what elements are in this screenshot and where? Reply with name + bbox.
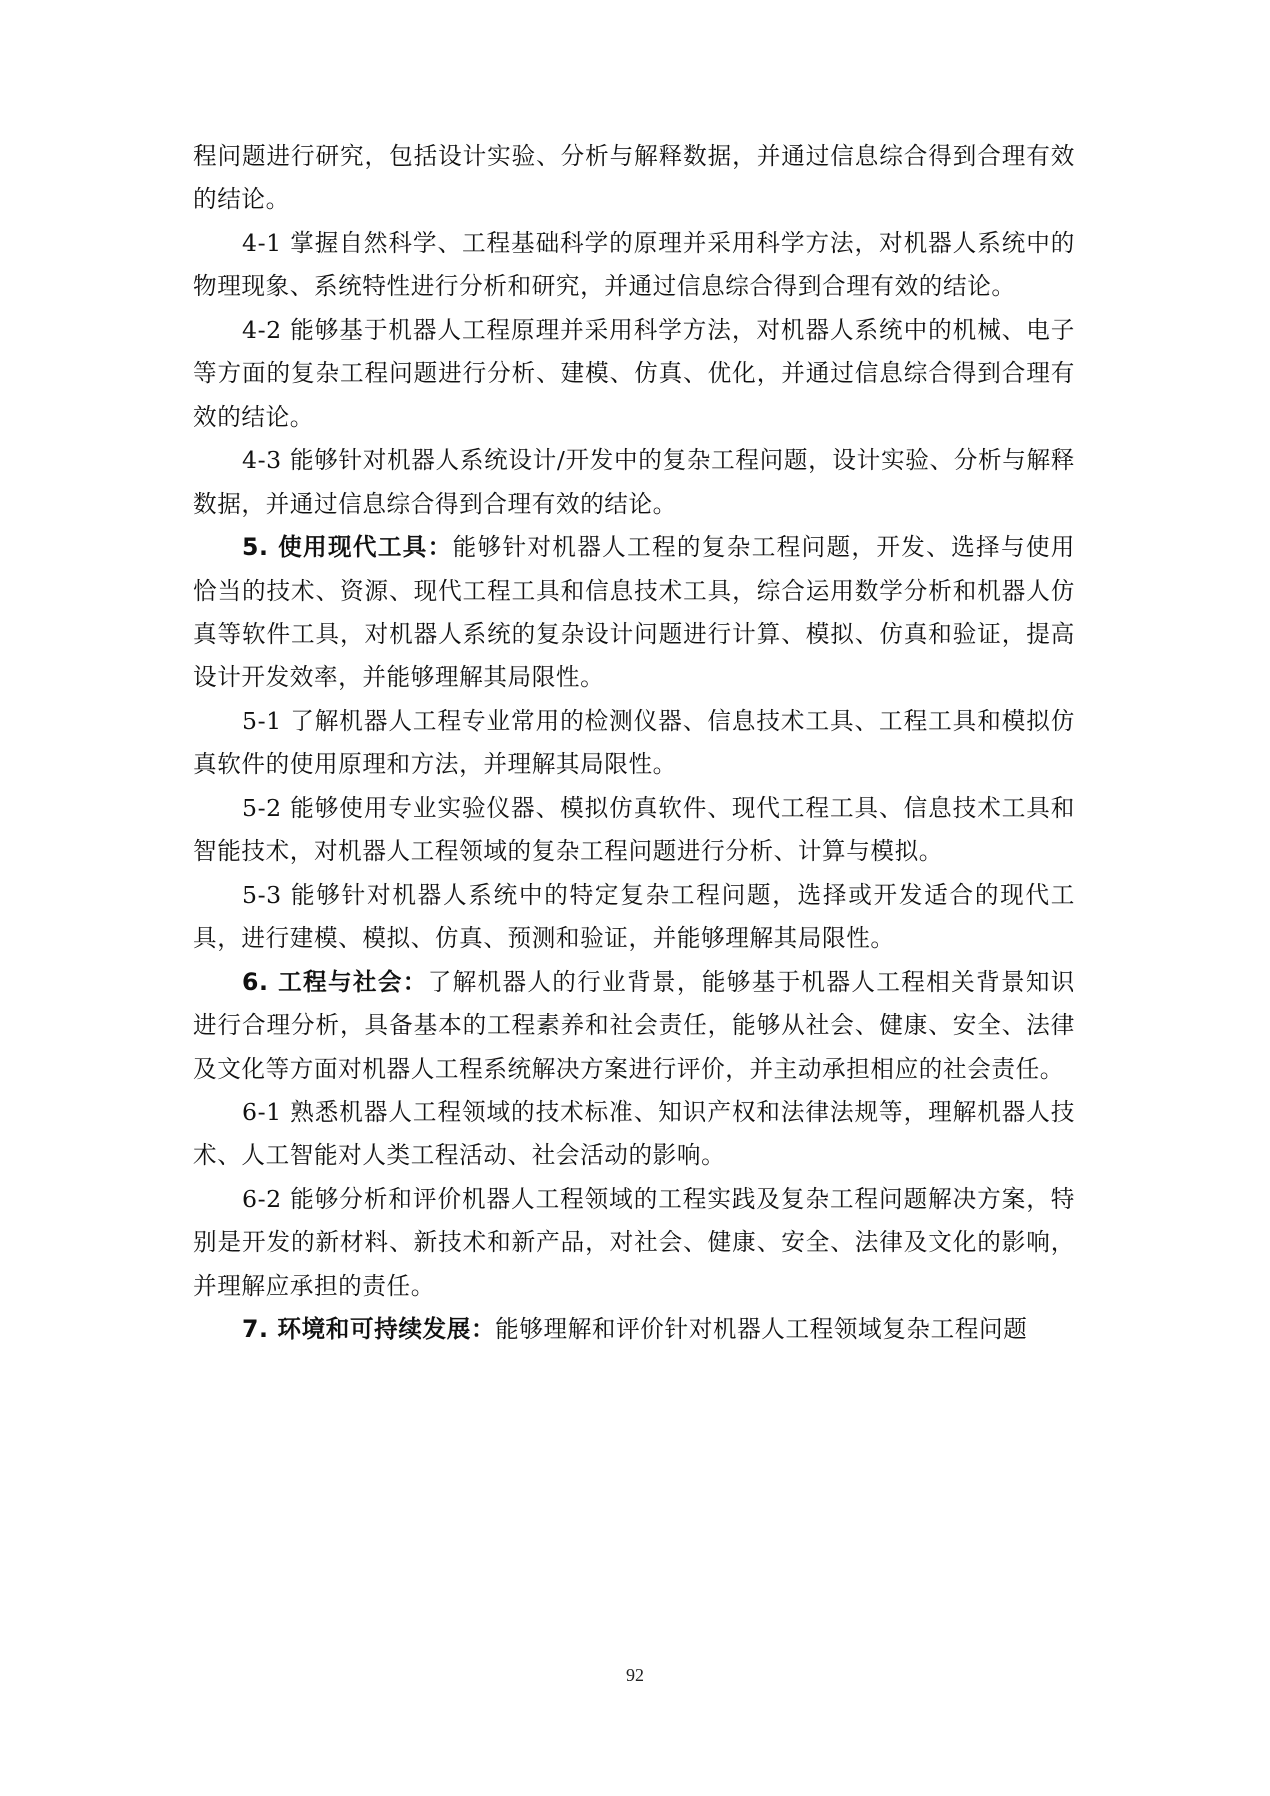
paragraph-6-1: 6-1 熟悉机器人工程领域的技术标准、知识产权和法律法规等，理解机器人技术、人工… — [193, 1091, 1075, 1178]
paragraph-text: 6-2 能够分析和评价机器人工程领域的工程实践及复杂工程问题解决方案，特别是开发… — [193, 1185, 1075, 1300]
paragraph-5-1: 5-1 了解机器人工程专业常用的检测仪器、信息技术工具、工程工具和模拟仿真软件的… — [193, 700, 1075, 787]
section-heading-5: 5. 使用现代工具： — [242, 533, 453, 561]
paragraph-text: 4-1 掌握自然科学、工程基础科学的原理并采用科学方法，对机器人系统中的物理现象… — [193, 229, 1075, 300]
paragraph-4-1: 4-1 掌握自然科学、工程基础科学的原理并采用科学方法，对机器人系统中的物理现象… — [193, 222, 1075, 309]
paragraph-text: 5-2 能够使用专业实验仪器、模拟仿真软件、现代工程工具、信息技术工具和智能技术… — [193, 794, 1075, 865]
section-heading-6: 6. 工程与社会： — [242, 968, 428, 996]
paragraph-text: 4-2 能够基于机器人工程原理并采用科学方法，对机器人系统中的机械、电子等方面的… — [193, 316, 1075, 431]
paragraph-text: 6-1 熟悉机器人工程领域的技术标准、知识产权和法律法规等，理解机器人技术、人工… — [193, 1098, 1075, 1169]
paragraph-text: 5-1 了解机器人工程专业常用的检测仪器、信息技术工具、工程工具和模拟仿真软件的… — [193, 707, 1075, 778]
paragraph-6-engineering-society: 6. 工程与社会：了解机器人的行业背景，能够基于机器人工程相关背景知识进行合理分… — [193, 961, 1075, 1091]
page-number: 92 — [0, 1665, 1270, 1686]
paragraph-7-environment: 7. 环境和可持续发展：能够理解和评价针对机器人工程领域复杂工程问题 — [193, 1308, 1075, 1351]
page-body: 程问题进行研究，包括设计实验、分析与解释数据，并通过信息综合得到合理有效的结论。… — [193, 135, 1075, 1352]
paragraph-4-2: 4-2 能够基于机器人工程原理并采用科学方法，对机器人系统中的机械、电子等方面的… — [193, 309, 1075, 439]
paragraph-5-3: 5-3 能够针对机器人系统中的特定复杂工程问题，选择或开发适合的现代工具，进行建… — [193, 874, 1075, 961]
paragraph-5-modern-tools: 5. 使用现代工具：能够针对机器人工程的复杂工程问题，开发、选择与使用恰当的技术… — [193, 526, 1075, 700]
paragraph-6-2: 6-2 能够分析和评价机器人工程领域的工程实践及复杂工程问题解决方案，特别是开发… — [193, 1178, 1075, 1308]
paragraph-5-2: 5-2 能够使用专业实验仪器、模拟仿真软件、现代工程工具、信息技术工具和智能技术… — [193, 787, 1075, 874]
section-heading-7: 7. 环境和可持续发展： — [242, 1315, 495, 1343]
paragraph-text: 4-3 能够针对机器人系统设计/开发中的复杂工程问题，设计实验、分析与解释数据，… — [193, 446, 1075, 517]
paragraph-continuation-4: 程问题进行研究，包括设计实验、分析与解释数据，并通过信息综合得到合理有效的结论。 — [193, 135, 1075, 222]
paragraph-text: 5-3 能够针对机器人系统中的特定复杂工程问题，选择或开发适合的现代工具，进行建… — [193, 881, 1075, 952]
paragraph-4-3: 4-3 能够针对机器人系统设计/开发中的复杂工程问题，设计实验、分析与解释数据，… — [193, 439, 1075, 526]
paragraph-text: 能够理解和评价针对机器人工程领域复杂工程问题 — [495, 1315, 1027, 1343]
paragraph-text: 程问题进行研究，包括设计实验、分析与解释数据，并通过信息综合得到合理有效的结论。 — [193, 142, 1075, 213]
